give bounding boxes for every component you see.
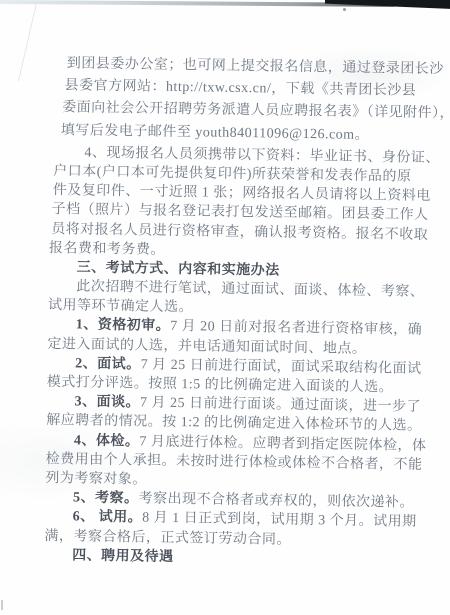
body-text: 委面向社会公开招聘劳务派遣人员应聘报名表》（详见附件）， — [62, 101, 450, 122]
bold-text: 四、聘用及待遇 — [72, 548, 174, 565]
scanned-document-page: 到团县委办公室；也可网上提交报名信息，通过登录团长沙县委官方网站：http://… — [0, 0, 450, 615]
body-text: 7 月 20 日前对报名者进行资格审核，确 — [170, 319, 422, 338]
scan-streak-artifact — [18, 3, 37, 81]
text-line: 到团县委办公室；也可网上提交报名信息，通过登录团长沙 — [67, 54, 410, 79]
body-text: 县委官方网站：http://txw.csx.cn/，下载《共青团长沙县 — [64, 78, 416, 99]
text-line: 填写后发电子邮件至 youth84011096@126.com。 — [61, 121, 409, 146]
document-text: 到团县委办公室；也可网上提交报名信息，通过登录团长沙县委官方网站：http://… — [44, 54, 410, 570]
body-text: 到团县委办公室；也可网上提交报名信息，通过登录团长沙 — [67, 56, 444, 77]
bold-text: 2、面试。 — [75, 356, 141, 372]
body-text: 列为考察对象。 — [45, 471, 147, 488]
bold-text: 6、 试用。 — [73, 510, 143, 526]
body-text: 7 月 25 日前进行面试，面试采取结构化面试 — [141, 357, 422, 376]
bold-text: 三、考试方式、内容和实施办法 — [77, 260, 280, 278]
text-line: 委面向社会公开招聘劳务派遣人员应聘报名表》（详见附件）， — [62, 99, 409, 124]
text-line: 县委官方网站：http://txw.csx.cn/，下载《共青团长沙县 — [64, 76, 409, 101]
body-text: 定进入面试的人选，并电话通知面试时间、地点。 — [47, 337, 366, 357]
body-text: 7 月 25 日前进行面谈。通过面谈，进一步了 — [140, 396, 421, 415]
body-text: 报名费和考务费。 — [49, 241, 165, 258]
body-text: 7 月底进行体检。应聘者到指定医院体检，体 — [139, 434, 426, 454]
scan-dot-artifact — [343, 8, 346, 11]
bold-text: 1、资格初审。 — [76, 318, 171, 334]
body-text: 考察出现不合格者或弃权的，则依次递补。 — [138, 492, 414, 511]
bold-text: 3、面谈。 — [74, 395, 140, 411]
body-text: 试用等环节确定人选。 — [48, 298, 193, 315]
body-text: 满，考察合格后，正式签订劳动合同。 — [44, 528, 291, 547]
bold-text: 5、考察。 — [73, 491, 139, 507]
body-text: 填写后发电子邮件至 youth84011096@126.com。 — [61, 123, 370, 143]
scan-speck-artifact — [1, 600, 3, 610]
bold-text: 4、体检。 — [74, 433, 140, 449]
body-text: 8 月 1 日正式到岗，试用期 3 个月。试用期 — [142, 511, 417, 530]
